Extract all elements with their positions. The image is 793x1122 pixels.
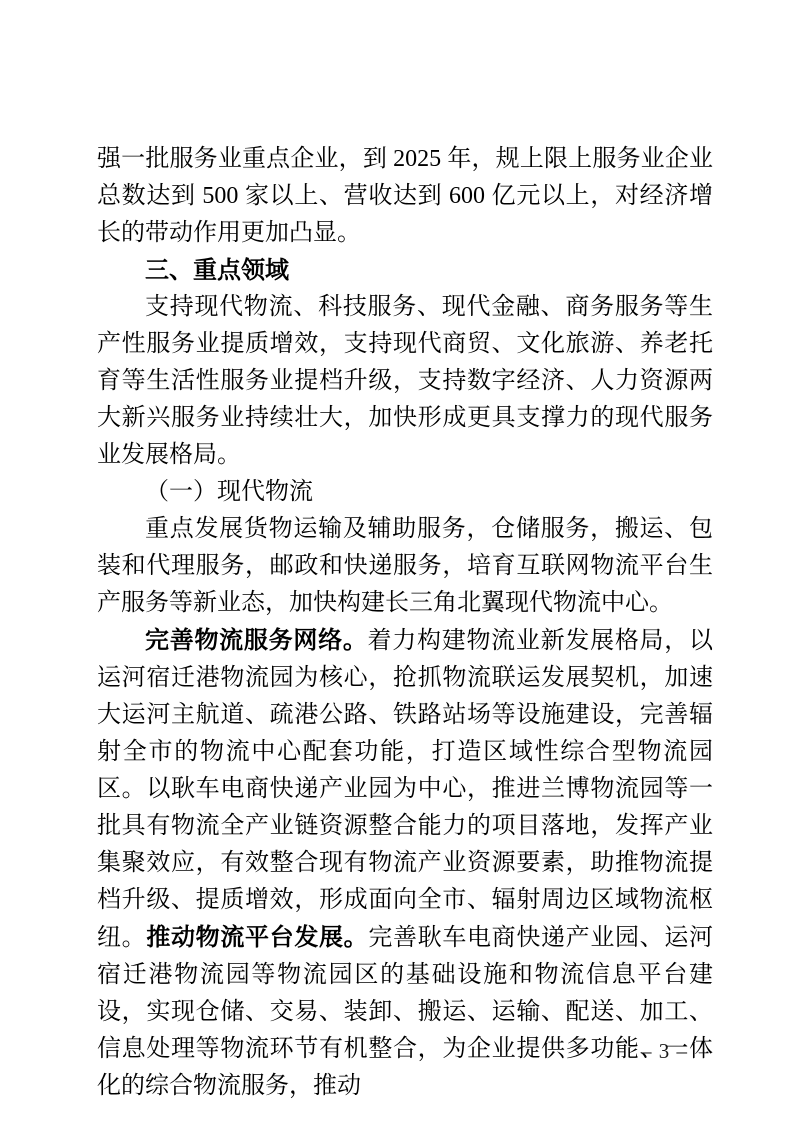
text-run: 完善耿车电商快递产业园、运河宿迁港物流园等物流园区的基础设施和物流信息平台建设，… — [97, 925, 713, 1099]
paragraph-continuation: 强一批服务业重点企业，到 2025 年，规上限上服务业企业总数达到 500 家以… — [97, 141, 713, 252]
page-number: – 3 – — [641, 1039, 701, 1063]
document-body: 强一批服务业重点企业，到 2025 年，规上限上服务业企业总数达到 500 家以… — [97, 141, 713, 1105]
bold-lead-phrase: 推动物流平台发展。 — [146, 924, 368, 951]
section-heading: 三、重点领域 — [97, 252, 713, 289]
subsection-heading: （一）现代物流 — [97, 474, 713, 511]
paragraph-with-bold-leads: 完善物流服务网络。着力构建物流业新发展格局，以运河宿迁港物流园为核心，抢抓物流联… — [97, 622, 713, 1105]
document-page: 强一批服务业重点企业，到 2025 年，规上限上服务业企业总数达到 500 家以… — [0, 0, 793, 1122]
text-run: 着力构建物流业新发展格局，以运河宿迁港物流园为核心，抢抓物流联运发展契机，加速大… — [97, 628, 713, 951]
paragraph: 支持现代物流、科技服务、现代金融、商务服务等生产性服务业提质增效，支持现代商贸、… — [97, 289, 713, 474]
paragraph: 重点发展货物运输及辅助服务，仓储服务，搬运、包装和代理服务，邮政和快递服务，培育… — [97, 511, 713, 622]
bold-lead-phrase: 完善物流服务网络。 — [145, 627, 368, 654]
